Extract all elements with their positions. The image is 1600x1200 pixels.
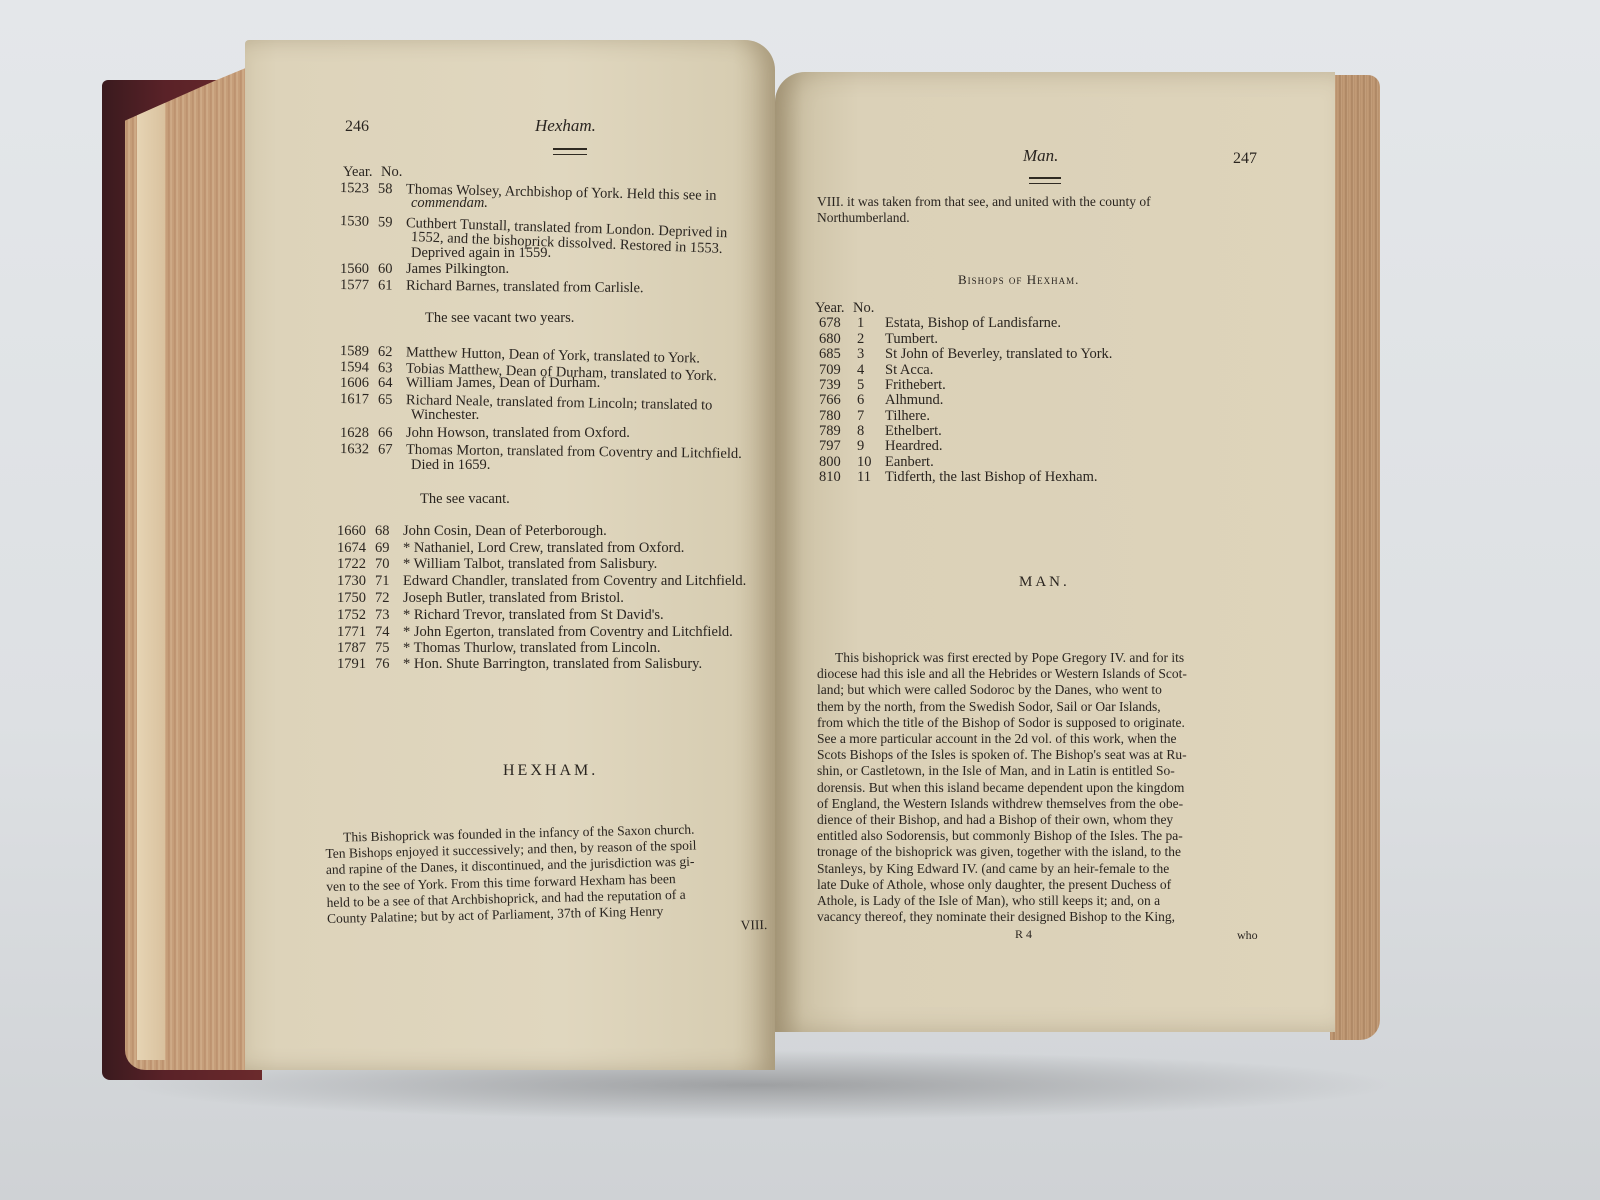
left-page: 246 Hexham. Year.No. 152358Thomas Wolsey…: [245, 40, 775, 1070]
entry-row: 6781Estata, Bishop of Landisfarne.: [819, 315, 1061, 332]
hexham-paragraph: This Bishoprick was founded in the infan…: [325, 820, 767, 943]
vacancy-note: The see vacant two years.: [425, 310, 574, 327]
entry-cont: Deprived again in 1559.: [411, 245, 551, 262]
entry-row: 179176* Hon. Shute Barrington, translate…: [337, 656, 702, 673]
page-edges-left: [125, 60, 265, 1070]
catchword: who: [1237, 927, 1258, 943]
entry-cont: commendam.: [411, 195, 488, 212]
section-title-man: MAN.: [1019, 574, 1070, 591]
section-title-hexham: HEXHAM.: [503, 762, 598, 780]
right-page: Man. 247 VIII. it was taken from that se…: [775, 72, 1335, 1032]
man-paragraph: This bishoprick was first erected by Pop…: [817, 650, 1265, 925]
header-rule: [553, 148, 587, 155]
running-head: Man.: [1023, 146, 1058, 166]
page-edges-right: [1330, 75, 1380, 1040]
column-headers: Year.No.: [343, 164, 402, 181]
entry-row: 157761Richard Barnes, translated from Ca…: [340, 277, 644, 297]
entry-row: 167469* Nathaniel, Lord Crew, translated…: [337, 540, 684, 557]
entry-row: 156060James Pilkington.: [340, 261, 509, 278]
entry-row: 161765Richard Neale, translated from Lin…: [340, 391, 713, 414]
vacancy-note: The see vacant.: [420, 491, 510, 508]
entry-row: 175273* Richard Trevor, translated from …: [337, 607, 664, 624]
col-year: Year.: [343, 164, 381, 181]
page-number: 247: [1233, 150, 1257, 168]
entry-row: 166068John Cosin, Dean of Peterborough.: [337, 523, 607, 540]
entry-row: 172270* William Talbot, translated from …: [337, 556, 657, 573]
entry-cont: Died in 1659.: [411, 457, 490, 474]
entry-row: 152358Thomas Wolsey, Archbishop of York.…: [340, 180, 717, 205]
continuation-paragraph: VIII. it was taken from that see, and un…: [817, 194, 1267, 226]
entry-row: 162866John Howson, translated from Oxfor…: [340, 425, 630, 442]
signature-mark: R 4: [1015, 926, 1032, 942]
entry-row: 7979Heardred.: [819, 438, 943, 455]
entry-row: 177174* John Egerton, translated from Co…: [337, 624, 733, 641]
entry-row: 178775* Thomas Thurlow, translated from …: [337, 640, 660, 657]
entry-row: 175072Joseph Butler, translated from Bri…: [337, 590, 624, 607]
entry-cont: Winchester.: [411, 407, 479, 424]
entry-row: 160664William James, Dean of Durham.: [340, 375, 600, 392]
running-head: Hexham.: [535, 116, 596, 136]
page-number: 246: [345, 118, 369, 136]
entry-row: 163267Thomas Morton, translated from Cov…: [340, 441, 742, 463]
header-rule: [1029, 177, 1061, 184]
col-no: No.: [381, 164, 402, 180]
entry-row: 7666Alhmund.: [819, 392, 943, 409]
subheading-bishops-of-hexham: Bishops of Hexham.: [958, 272, 1079, 288]
entry-row: 173071Edward Chandler, translated from C…: [337, 573, 746, 590]
entry-row: 81011Tidferth, the last Bishop of Hexham…: [819, 469, 1098, 486]
entry-row: 6853St John of Beverley, translated to Y…: [819, 346, 1112, 363]
